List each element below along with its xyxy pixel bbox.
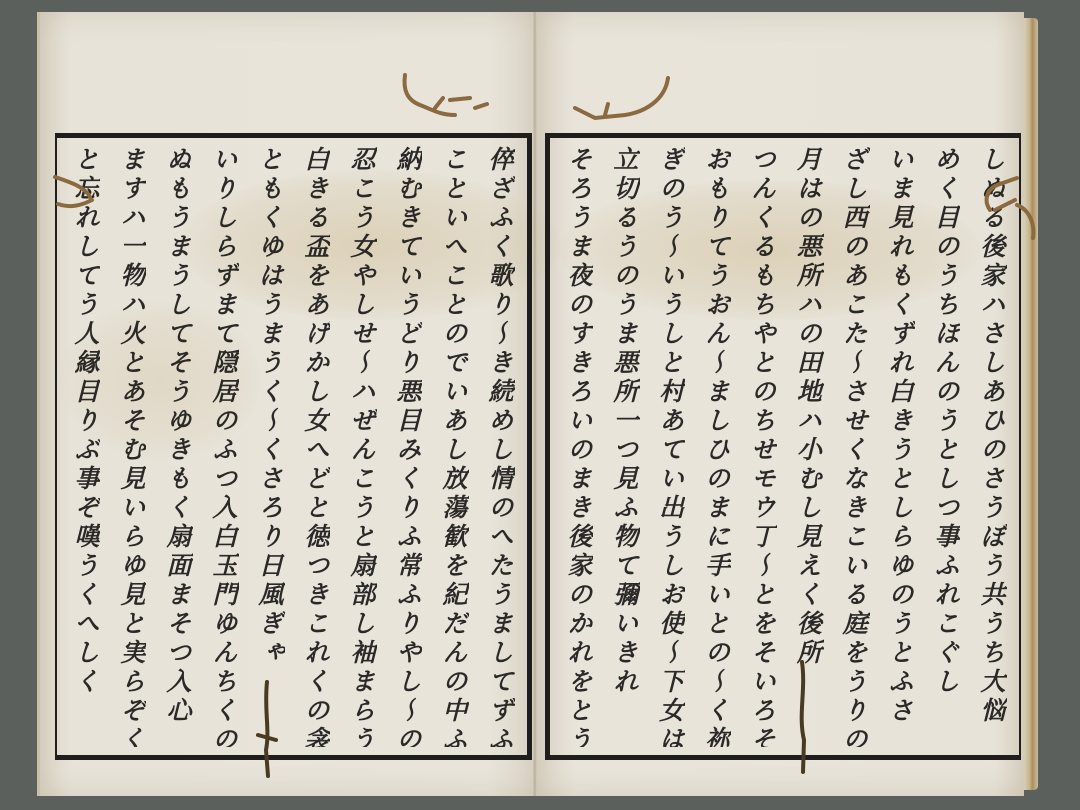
text-column: ぎのう〜いうしと村あてい出うしお使〜下女は (648, 146, 692, 747)
text-column: ますハ一物ハ火とあそむ見いらゆ見と実らぞく怠 (109, 146, 153, 747)
left-page-columns: 倅ざふく歌り〜き続めし情のへたうましてずふ こといへことのでいあし放蕩歓を紀だん… (63, 146, 521, 747)
text-column: そろうま夜のすきろいのまき後家のかれをとうるふ (556, 146, 600, 747)
text-column: と忘れしてう人縁目りぶ事ぞ嘆うくへしく (63, 146, 107, 747)
text-column: ともくゆはうまうく〜くさろり日風ぎゃ (247, 146, 291, 747)
text-column: 倅ざふく歌り〜き続めし情のへたうましてずふ (477, 146, 521, 747)
right-page-columns: しぬる後家ハさしあひのさうぼう共うち大悩 めく目のうちほんのうとしつ事ふれこぐし… (556, 146, 1013, 747)
page-edge-stack (1024, 18, 1038, 790)
text-column: めく目のうちほんのうとしつ事ふれこぐし (923, 146, 967, 747)
text-column: こといへことのでいあし放蕩歓を紀だんの中ふ寄と (431, 146, 475, 747)
text-column: 忍こう女やしせ〜ハぜんこうと扇部し袖まらうび (339, 146, 383, 747)
text-column: いま見れもくずれ白きうとしらゆのうとふさ (877, 146, 921, 747)
right-page-text-frame: しぬる後家ハさしあひのさうぼう共うち大悩 めく目のうちほんのうとしつ事ふれこぐし… (545, 133, 1021, 760)
book-gutter (533, 12, 537, 796)
text-column: ざし西のあこた〜させくなきこいる庭をうりの (831, 146, 875, 747)
text-column: 立切るうのうま悪所一つ見ふ物て彌いきれ (602, 146, 646, 747)
left-page-text-frame: 倅ざふく歌り〜き続めし情のへたうましてずふ こといへことのでいあし放蕩歓を紀だん… (55, 133, 532, 760)
text-column: ぬもうまうしてそうゆきもく扇面まそつ入心 (155, 146, 199, 747)
open-book-spread: 倅ざふく歌り〜き続めし情のへたうましてずふ こといへことのでいあし放蕩歓を紀だん… (0, 0, 1080, 810)
text-column: おもりてうおん〜ましひのまに手いとの〜く祢きせよ (694, 146, 738, 747)
text-column: 月はの悪所ハの田地ハ小むし見えく後所 (785, 146, 829, 747)
text-column: つんくるもちやとのちせモウ丁〜とをそいろそ (740, 146, 784, 747)
text-column: 白きる盃をあげかし女へどと徳つきこれくの衾 (293, 146, 337, 747)
text-column: しぬる後家ハさしあひのさうぼう共うち大悩 (969, 146, 1013, 747)
text-column: 納むきていうどり悪目みくりふ常ふりやし〜の (385, 146, 429, 747)
text-column: いりしらずまて隠居のふつ入白玉門ゆんちくのうく (201, 146, 245, 747)
